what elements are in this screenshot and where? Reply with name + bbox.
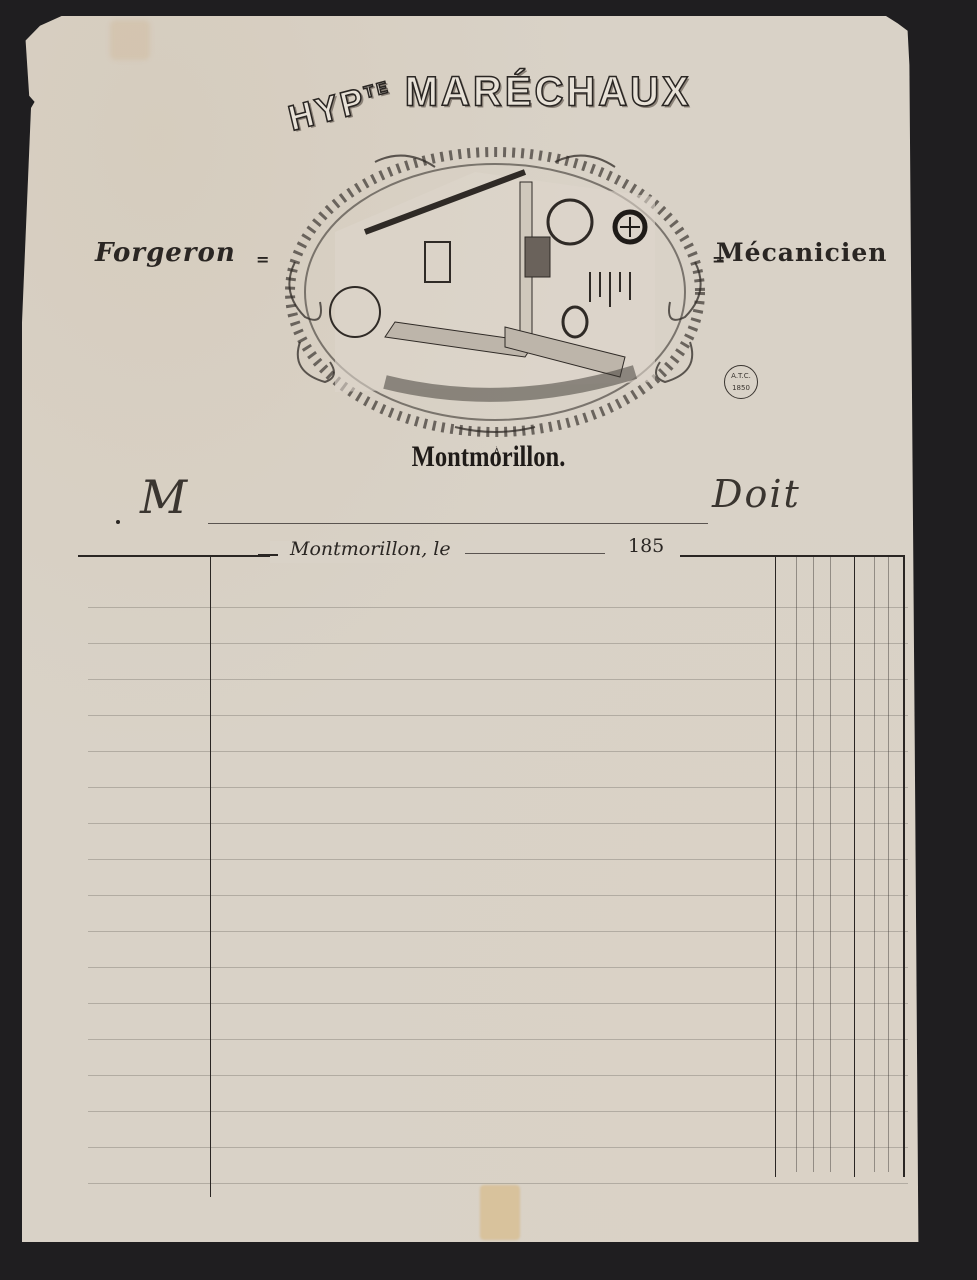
date-day-field[interactable] bbox=[465, 553, 605, 554]
ledger-right-border bbox=[903, 557, 905, 1177]
paper-stain bbox=[110, 20, 150, 60]
workshop-illustration bbox=[275, 142, 715, 442]
amount-column-line bbox=[775, 557, 776, 1177]
ledger-row-rule bbox=[88, 1003, 908, 1004]
trade-right: Mécanicien bbox=[716, 238, 887, 267]
scan-background: HYPTEMARÉCHAUX Forgeron = = Mécanicien bbox=[0, 0, 977, 1280]
owes-label: Doit bbox=[712, 472, 801, 516]
ledger-row-rule bbox=[88, 787, 908, 788]
ledger-row-rule bbox=[88, 751, 908, 752]
ledger-row-rule bbox=[88, 1111, 908, 1112]
ledger-row-rule bbox=[88, 967, 908, 968]
centimes-subcolumn-line bbox=[874, 557, 875, 1172]
amount-subcolumn-line bbox=[830, 557, 831, 1172]
centimes-subcolumn-line bbox=[888, 557, 889, 1172]
ledger-row-rule bbox=[88, 931, 908, 932]
margin-column-line bbox=[210, 557, 211, 1197]
addressee-label: M bbox=[140, 470, 187, 524]
location-title: Montmorillon. bbox=[88, 440, 889, 474]
amount-subcolumn-line bbox=[796, 557, 797, 1172]
ledger-row-rule bbox=[88, 1075, 908, 1076]
ledger-row-rule bbox=[88, 607, 908, 608]
ledger-row-rule bbox=[88, 895, 908, 896]
separator-left: = bbox=[256, 250, 269, 269]
date-year-prefix: 185 bbox=[628, 535, 664, 557]
centimes-column-line bbox=[854, 557, 855, 1177]
ledger-row-rule bbox=[88, 1147, 908, 1148]
addressee-dot bbox=[116, 520, 120, 524]
cartouche-icon bbox=[275, 142, 715, 442]
addressee-field[interactable] bbox=[208, 523, 708, 524]
trade-left: Forgeron bbox=[95, 238, 236, 268]
ledger-row-rule bbox=[88, 1183, 908, 1184]
ledger-row-rule bbox=[88, 859, 908, 860]
ledger-table bbox=[78, 557, 913, 1207]
amount-subcolumn-line bbox=[813, 557, 814, 1172]
ledger-row-rule bbox=[88, 1039, 908, 1040]
emblem-stamp: A.T.C. 1850 bbox=[724, 365, 758, 399]
date-line-dash bbox=[258, 554, 278, 556]
ledger-row-rule bbox=[88, 643, 908, 644]
ledger-row-rule bbox=[88, 679, 908, 680]
ledger-row-rule bbox=[88, 715, 908, 716]
proprietor-name: HYPTEMARÉCHAUX bbox=[0, 69, 977, 116]
ledger-row-rule bbox=[88, 823, 908, 824]
